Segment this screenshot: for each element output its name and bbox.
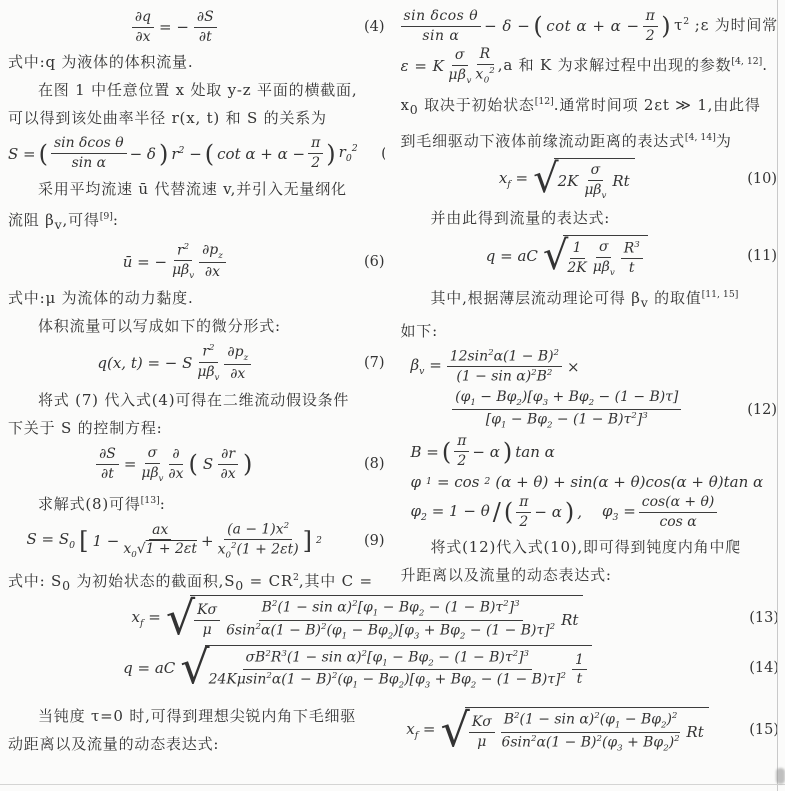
fraction-denominator: x02(1 + 2εt) bbox=[218, 540, 299, 561]
text-line: 采用平均流速 ū 代替流速 v,并引入无量纲化 bbox=[8, 175, 385, 203]
c-expression-line: sin δcos θsin α − δ − ( cot α + α − π2 )… bbox=[401, 8, 778, 44]
fraction-denominator: [φ1 − Bφ2 − (1 − B)τ2]3 bbox=[486, 410, 648, 431]
text-line: 流阻 βv,可得[9]: bbox=[8, 203, 385, 239]
equation-10: xf = √ 2K σμβv Rt (10) bbox=[401, 158, 778, 201]
equation-phi2-phi3-math: φ2 = 1 − θ / ( π2 − α ) , φ3 = cos(α + θ… bbox=[411, 494, 718, 530]
operator: = − bbox=[159, 18, 189, 36]
fraction-denominator: x02 bbox=[475, 65, 494, 86]
equation-B: B = ( π2 − α ) tan α bbox=[401, 433, 778, 469]
fraction-numerator: ∂q bbox=[132, 9, 154, 28]
fraction-denominator: 2 bbox=[311, 154, 320, 172]
text-line: x0 取决于初始状态[12].通常时间项 2εt ≫ 1,由此得 bbox=[401, 88, 778, 124]
equation-phi1: φ1 = cos2(α + θ) + sin(α + θ)cos(α + θ)t… bbox=[401, 473, 778, 491]
fraction-denominator: 2K bbox=[567, 259, 586, 277]
fraction: Rx02 bbox=[475, 46, 494, 86]
text-line: 当钝度 τ=0 时,可得到理想尖锐内角下毛细驱 bbox=[8, 702, 400, 730]
equation-12-line1: βv = 12sin2α(1 − B)2(1 − sin α)2B2 × bbox=[401, 348, 778, 386]
term: B = bbox=[411, 443, 439, 461]
equation-number: (11) bbox=[733, 248, 777, 264]
fraction-denominator: μβv bbox=[593, 258, 615, 278]
equation-number: (8) bbox=[341, 456, 385, 472]
fraction-numerator: σ bbox=[145, 445, 161, 464]
term: 1 − bbox=[92, 532, 119, 550]
radicand: 12K σμβv R3t bbox=[563, 235, 647, 278]
term: xf = bbox=[132, 608, 161, 629]
fraction: Kσμ bbox=[469, 714, 495, 750]
fraction: ∂pz∂x bbox=[224, 344, 251, 383]
equation-B-math: B = ( π2 − α ) tan α bbox=[411, 433, 555, 469]
equation-14-math: q = aC √ σB2R3(1 − sin α)2[φ1 − Bφ2 − (1… bbox=[123, 645, 592, 692]
fraction-numerator: r2 bbox=[199, 343, 217, 362]
fraction-denominator: 2 bbox=[646, 27, 655, 45]
term: xf = bbox=[406, 720, 435, 741]
equation-12-line2: (φ1 − Bφ2)[φ3 + Bφ2 − (1 − B)τ][φ1 − Bφ2… bbox=[401, 389, 778, 431]
fraction: 1t bbox=[572, 652, 587, 688]
fraction-numerator: ∂pz bbox=[199, 242, 226, 263]
term: q(x, t) = − S bbox=[97, 354, 192, 372]
fraction-numerator: B2(1 − sin α)2(φ1 − Bφ2)2 bbox=[501, 711, 681, 733]
fraction-numerator: σB2R3(1 − sin α)2[φ1 − Bφ2 − (1 − B)τ2]3 bbox=[243, 649, 532, 671]
equation-8-body: ∂S∂t = σμβv ∂∂x ( S ∂r∂x ) bbox=[8, 445, 341, 484]
term: tan α bbox=[515, 443, 555, 461]
text-line: 升距离以及流量的动态表达式: bbox=[401, 561, 778, 589]
equation-4-body: ∂q∂x = − ∂S∂t bbox=[8, 9, 341, 45]
right-paren: ) bbox=[159, 142, 168, 166]
equation-B-body: B = ( π2 − α ) tan α bbox=[401, 433, 778, 469]
equation-12-line1-body: βv = 12sin2α(1 − B)2(1 − sin α)2B2 × bbox=[401, 348, 778, 386]
fraction-numerator: π bbox=[643, 8, 659, 27]
text-line: 下关于 S 的控制方程: bbox=[8, 414, 385, 442]
equation-7-body: q(x, t) = − S r2μβv ∂pz∂x bbox=[8, 343, 341, 383]
equation-number: (6) bbox=[341, 254, 385, 270]
equation-6: ū = − r2μβv ∂pz∂x (6) bbox=[8, 242, 385, 282]
c-expression-math: sin δcos θsin α − δ − ( cot α + α − π2 ) bbox=[401, 8, 672, 44]
fraction-denominator: t bbox=[577, 670, 583, 688]
term: − δ bbox=[130, 145, 156, 163]
fraction-numerator: B2(1 − sin α)2[φ1 − Bφ2 − (1 − B)τ2]3 bbox=[259, 599, 523, 621]
equation-5-math: S = ( sin δcos θsin α − δ ) r2 − ( cot α… bbox=[8, 135, 358, 171]
times-operator: × bbox=[567, 358, 580, 376]
fraction-numerator: σ bbox=[596, 239, 612, 258]
exponent: 2 bbox=[316, 535, 322, 546]
term: Rt bbox=[686, 723, 703, 741]
text-line: 到毛细驱动下液体前缘流动距离的表达式[4, 14]为 bbox=[401, 124, 778, 155]
term: S = bbox=[8, 145, 36, 163]
fraction-numerator: R3 bbox=[621, 240, 643, 259]
scan-artifact bbox=[776, 768, 785, 784]
column-left: ∂q∂x = − ∂S∂t (4) 式中:q 为液体的体积流量. 在图 1 中任… bbox=[8, 6, 385, 590]
square-root: √ 12K σμβv R3t bbox=[543, 235, 648, 278]
fraction-numerator: σ bbox=[452, 47, 468, 66]
text-line: 动距离以及流量的动态表达式: bbox=[8, 730, 400, 758]
equation-number: (14) bbox=[715, 660, 785, 676]
fraction-denominator: 6sin2α(1 − B)2(φ1 − Bφ2)[φ3 + Bφ2 − (1 −… bbox=[226, 621, 555, 642]
fraction-numerator: π bbox=[516, 494, 531, 513]
fraction-numerator: ∂ bbox=[169, 446, 182, 465]
fraction: Kσμ bbox=[194, 602, 220, 638]
radicand: Kσμ B2(1 − sin α)2(φ1 − Bφ2)26sin2α(1 − … bbox=[465, 707, 709, 754]
term: S = S0 bbox=[27, 530, 76, 551]
fraction-denominator: t bbox=[629, 259, 635, 277]
equation-11-body: q = aC √ 12K σμβv R3t bbox=[401, 235, 734, 278]
left-paren: ( bbox=[533, 14, 543, 38]
equation-number: (9) bbox=[341, 533, 385, 549]
term: q = aC bbox=[486, 247, 538, 265]
epsilon-math: ε = K σμβv Rx02 bbox=[401, 46, 495, 86]
equation-number: (12) bbox=[733, 402, 777, 418]
text-line: 求解式(8)可得[13]: bbox=[8, 487, 385, 518]
fraction-numerator: 1 bbox=[572, 652, 587, 671]
fraction: ∂∂x bbox=[168, 446, 183, 482]
fraction: (a − 1)x2x02(1 + 2εt) bbox=[218, 521, 299, 561]
fraction: π2 bbox=[643, 8, 659, 44]
page-edge-line bbox=[777, 0, 778, 791]
equation-5-body: S = ( sin δcos θsin α − δ ) r2 − ( cot α… bbox=[8, 135, 358, 171]
equation-11: q = aC √ 12K σμβv R3t (11) bbox=[401, 235, 778, 278]
left-paren: ( bbox=[205, 142, 214, 166]
right-bracket: ] bbox=[303, 529, 312, 553]
fraction-denominator: ∂t bbox=[101, 465, 114, 483]
big-slash: / bbox=[493, 500, 501, 524]
fraction-denominator: μβv bbox=[584, 181, 606, 201]
equation-9-body: S = S0 [ 1 − axx0√1 + 2εt + (a − 1)x2x02… bbox=[8, 521, 341, 561]
radicand: Kσμ B2(1 − sin α)2[φ1 − Bφ2 − (1 − B)τ2]… bbox=[190, 595, 583, 642]
fraction: sin δcos θsin α bbox=[401, 8, 482, 44]
equation-13-body: xf = √ Kσμ B2(1 − sin α)2[φ1 − Bφ2 − (1 … bbox=[0, 595, 715, 642]
equation-number: (7) bbox=[341, 355, 385, 371]
equation-9: S = S0 [ 1 − axx0√1 + 2εt + (a − 1)x2x02… bbox=[8, 521, 385, 561]
term: , bbox=[577, 503, 582, 521]
equation-6-body: ū = − r2μβv ∂pz∂x bbox=[8, 242, 341, 282]
fraction: sin δcos θsin α bbox=[51, 135, 127, 171]
fraction: r2μβv bbox=[197, 343, 219, 383]
fraction-denominator: ∂x bbox=[205, 263, 220, 281]
fraction: R3t bbox=[621, 240, 643, 277]
fraction-denominator: 24Kμsin2α(1 − B)2(φ1 − Bφ2)[φ3 + Bφ2 − (… bbox=[209, 670, 566, 691]
fraction: r2μβv bbox=[172, 242, 194, 282]
term: cot α + α − bbox=[217, 145, 305, 163]
fraction-numerator: sin δcos θ bbox=[51, 135, 127, 154]
right-paren: ) bbox=[503, 440, 512, 464]
fraction-numerator: R bbox=[477, 46, 494, 65]
fraction-numerator: ∂r bbox=[218, 446, 238, 465]
term: − δ − bbox=[484, 17, 530, 35]
fraction-numerator: π bbox=[454, 433, 469, 452]
operator: = bbox=[124, 455, 137, 473]
square-root: √ Kσμ B2(1 − sin α)2(φ1 − Bφ2)26sin2α(1 … bbox=[441, 707, 709, 754]
square-root: √ σB2R3(1 − sin α)2[φ1 − Bφ2 − (1 − B)τ2… bbox=[180, 645, 592, 692]
term: q = aC bbox=[123, 659, 175, 677]
left-bracket: [ bbox=[79, 529, 88, 553]
fraction-numerator: (φ1 − Bφ2)[φ3 + Bφ2 − (1 − B)τ] bbox=[452, 389, 681, 410]
equation-4: ∂q∂x = − ∂S∂t (4) bbox=[8, 9, 385, 45]
text-line: 可以得到该处曲率半径 r(x, t) 和 S 的关系为 bbox=[8, 104, 385, 132]
fraction-denominator: μ bbox=[203, 621, 212, 639]
equation-phi2-phi3-body: φ2 = 1 − θ / ( π2 − α ) , φ3 = cos(α + θ… bbox=[401, 494, 778, 530]
equation-12-line1-math: βv = 12sin2α(1 − B)2(1 − sin α)2B2 × bbox=[411, 348, 580, 386]
fraction: ∂r∂x bbox=[218, 446, 238, 482]
epsilon-line: ε = K σμβv Rx02 ,a 和 K 为求解过程中出现的参数[4, 12… bbox=[401, 46, 778, 86]
fraction-numerator: π bbox=[308, 135, 323, 154]
fraction-denominator: cos α bbox=[659, 513, 696, 531]
fraction: σμβv bbox=[448, 47, 471, 86]
fraction-denominator: μβv bbox=[448, 66, 471, 86]
term: S bbox=[203, 455, 213, 473]
fraction-denominator: ∂x bbox=[230, 365, 245, 383]
text-line: 将式 (7) 代入式(4)可得在二维流动假设条件 bbox=[8, 386, 385, 414]
fraction: 12K bbox=[567, 240, 586, 276]
fraction-denominator: (1 − sin α)2B2 bbox=[456, 367, 552, 385]
equation-number: (10) bbox=[733, 171, 777, 187]
term: Rt bbox=[561, 611, 578, 629]
fraction-denominator: 2 bbox=[457, 452, 466, 470]
equation-10-body: xf = √ 2K σμβv Rt bbox=[401, 158, 734, 201]
right-paren: ) bbox=[661, 14, 671, 38]
fraction: σμβv bbox=[584, 162, 606, 201]
right-paren: ) bbox=[326, 142, 335, 166]
equation-14: q = aC √ σB2R3(1 − sin α)2[φ1 − Bφ2 − (1… bbox=[0, 645, 785, 692]
page-bottom-line bbox=[0, 784, 785, 785]
equation-phi1-math: φ1 = cos2(α + θ) + sin(α + θ)cos(α + θ)t… bbox=[411, 473, 764, 491]
bottom-right-equation: xf = √ Kσμ B2(1 − sin α)2(φ1 − Bφ2)26sin… bbox=[400, 707, 785, 754]
equation-number: (5) bbox=[358, 146, 385, 162]
equation-number: (13) bbox=[715, 610, 785, 626]
equation-5: S = ( sin δcos θsin α − δ ) r2 − ( cot α… bbox=[8, 135, 385, 171]
radicand: 2K σμβv Rt bbox=[554, 158, 635, 201]
left-paren: ( bbox=[442, 440, 451, 464]
fraction: σμβv bbox=[141, 445, 163, 484]
fraction: B2(1 − sin α)2(φ1 − Bφ2)26sin2α(1 − B)2(… bbox=[501, 711, 681, 754]
term: 2K bbox=[558, 172, 579, 190]
fraction-numerator: ax bbox=[149, 522, 171, 541]
equation-7: q(x, t) = − S r2μβv ∂pz∂x (7) bbox=[8, 343, 385, 383]
right-paren: ) bbox=[243, 452, 252, 476]
sqrt-overline: 1 + 2εt bbox=[146, 541, 197, 557]
term: βv = bbox=[411, 356, 442, 377]
equation-9-math: S = S0 [ 1 − axx0√1 + 2εt + (a − 1)x2x02… bbox=[27, 521, 322, 561]
fraction-numerator: 12sin2α(1 − B)2 bbox=[447, 348, 562, 367]
text-line: 如下: bbox=[401, 317, 778, 345]
fraction: B2(1 − sin α)2[φ1 − Bφ2 − (1 − B)τ2]36si… bbox=[226, 599, 555, 642]
equation-10-math: xf = √ 2K σμβv Rt bbox=[499, 158, 635, 201]
equation-13-math: xf = √ Kσμ B2(1 − sin α)2[φ1 − Bφ2 − (1 … bbox=[132, 595, 584, 642]
term: r2 − bbox=[171, 145, 201, 163]
term: − α bbox=[472, 443, 499, 461]
term: cot α + α − bbox=[546, 17, 639, 35]
fraction: ∂q∂x bbox=[132, 9, 154, 45]
fraction-denominator: ∂t bbox=[199, 28, 212, 46]
fraction: ∂S∂t bbox=[96, 446, 119, 482]
fraction-numerator: cos(α + θ) bbox=[639, 494, 718, 513]
text-line: 式中:q 为液体的体积流量. bbox=[8, 48, 385, 76]
operator: + bbox=[201, 532, 214, 550]
equation-8-math: ∂S∂t = σμβv ∂∂x ( S ∂r∂x ) bbox=[96, 445, 252, 484]
fraction-denominator: ∂x bbox=[168, 465, 183, 483]
text-line: 式中: S0 为初始状态的截面积,S0 = CR2,其中 C = bbox=[8, 564, 385, 590]
left-paren: ( bbox=[189, 452, 198, 476]
fraction: axx0√1 + 2εt bbox=[123, 522, 197, 561]
equation-number: (15) bbox=[715, 722, 785, 738]
text-segment: ,a 和 K 为求解过程中出现的参数[4, 12]. bbox=[498, 56, 768, 76]
fraction-denominator: x0√1 + 2εt bbox=[123, 540, 197, 560]
term: x0√ bbox=[123, 541, 145, 557]
equation-4-math: ∂q∂x = − ∂S∂t bbox=[132, 9, 217, 45]
text-line: 在图 1 中任意位置 x 处取 y-z 平面的横截面, bbox=[8, 76, 385, 104]
square-root: √ 2K σμβv Rt bbox=[533, 158, 635, 201]
term: − α bbox=[534, 503, 561, 521]
fraction: π2 bbox=[516, 494, 531, 530]
fraction: cos(α + θ)cos α bbox=[639, 494, 718, 530]
fraction: π2 bbox=[308, 135, 323, 171]
fraction-numerator: Kσ bbox=[194, 602, 220, 621]
term: φ2 = 1 − θ bbox=[411, 502, 490, 523]
equation-7-math: q(x, t) = − S r2μβv ∂pz∂x bbox=[97, 343, 251, 383]
term: xf = bbox=[499, 169, 528, 190]
fraction-denominator: 2 bbox=[519, 513, 528, 531]
fraction: ∂pz∂x bbox=[199, 242, 226, 281]
equation-phi1-body: φ1 = cos2(α + θ) + sin(α + θ)cos(α + θ)t… bbox=[401, 473, 778, 491]
fraction-denominator: μβv bbox=[197, 363, 219, 383]
fraction: 12sin2α(1 − B)2(1 − sin α)2B2 bbox=[447, 348, 562, 386]
equation-15-body: xf = √ Kσμ B2(1 − sin α)2(φ1 − Bφ2)26sin… bbox=[400, 707, 715, 754]
fraction: (φ1 − Bφ2)[φ3 + Bφ2 − (1 − B)τ][φ1 − Bφ2… bbox=[452, 389, 681, 431]
bottom-row: 当钝度 τ=0 时,可得到理想尖锐内角下毛细驱 动距离以及流量的动态表达式: x… bbox=[0, 702, 785, 758]
fraction-numerator: (a − 1)x2 bbox=[224, 521, 292, 540]
radicand: σB2R3(1 − sin α)2[φ1 − Bφ2 − (1 − B)τ2]3… bbox=[205, 645, 592, 692]
fraction-denominator: μ bbox=[477, 733, 486, 751]
fraction-numerator: sin δcos θ bbox=[401, 8, 482, 27]
square-root: √ Kσμ B2(1 − sin α)2[φ1 − Bφ2 − (1 − B)τ… bbox=[166, 595, 584, 642]
left-paren: ( bbox=[504, 500, 513, 524]
right-paren: ) bbox=[565, 500, 574, 524]
fraction-numerator: ∂pz bbox=[224, 344, 251, 365]
fraction-numerator: Kσ bbox=[469, 714, 495, 733]
term: r02 bbox=[339, 143, 358, 164]
fraction-numerator: r2 bbox=[174, 242, 192, 261]
equation-6-math: ū = − r2μβv ∂pz∂x bbox=[123, 242, 226, 282]
fraction: σμβv bbox=[593, 239, 615, 278]
equation-13: xf = √ Kσμ B2(1 − sin α)2[φ1 − Bφ2 − (1 … bbox=[0, 595, 785, 642]
text-line: 体积流量可以写成如下的微分形式: bbox=[8, 312, 385, 340]
full-width-equations: xf = √ Kσμ B2(1 − sin α)2[φ1 − Bφ2 − (1 … bbox=[0, 590, 785, 696]
fraction: ∂S∂t bbox=[194, 9, 217, 45]
paper-page: ∂q∂x = − ∂S∂t (4) 式中:q 为液体的体积流量. 在图 1 中任… bbox=[0, 0, 785, 791]
text-line: 其中,根据薄层流动理论可得 βv 的取值[11, 15] bbox=[401, 281, 778, 317]
fraction-numerator: ∂S bbox=[96, 446, 119, 465]
equation-12-line2-body: (φ1 − Bφ2)[φ3 + Bφ2 − (1 − B)τ][φ1 − Bφ2… bbox=[401, 389, 734, 431]
equation-number: (4) bbox=[341, 19, 385, 35]
fraction-denominator: μβv bbox=[172, 261, 194, 281]
equation-8: ∂S∂t = σμβv ∂∂x ( S ∂r∂x ) (8) bbox=[8, 445, 385, 484]
fraction-denominator: sin α bbox=[422, 27, 459, 45]
equation-phi2-phi3: φ2 = 1 − θ / ( π2 − α ) , φ3 = cos(α + θ… bbox=[401, 494, 778, 530]
text-segment: τ2 ;ε 为时间常数, bbox=[674, 16, 777, 36]
column-right: sin δcos θsin α − δ − ( cot α + α − π2 )… bbox=[401, 6, 778, 590]
fraction-denominator: ∂x bbox=[221, 465, 236, 483]
term: ū = − bbox=[123, 253, 167, 271]
term: Rt bbox=[612, 172, 629, 190]
two-column-area: ∂q∂x = − ∂S∂t (4) 式中:q 为液体的体积流量. 在图 1 中任… bbox=[0, 0, 785, 590]
equation-12-line2-math: (φ1 − Bφ2)[φ3 + Bφ2 − (1 − B)τ][φ1 − Bφ2… bbox=[452, 389, 681, 431]
fraction: σB2R3(1 − sin α)2[φ1 − Bφ2 − (1 − B)τ2]3… bbox=[209, 649, 566, 692]
term: ε = K bbox=[401, 57, 445, 75]
left-paren: ( bbox=[39, 142, 48, 166]
fraction-denominator: ∂x bbox=[135, 28, 150, 46]
term: φ3 = bbox=[602, 502, 636, 523]
equation-11-math: q = aC √ 12K σμβv R3t bbox=[486, 235, 648, 278]
fraction: π2 bbox=[454, 433, 469, 469]
equation-15-math: xf = √ Kσμ B2(1 − sin α)2(φ1 − Bφ2)26sin… bbox=[406, 707, 709, 754]
fraction-numerator: ∂S bbox=[194, 9, 217, 28]
fraction-numerator: 1 bbox=[570, 240, 585, 259]
bottom-left-paragraph: 当钝度 τ=0 时,可得到理想尖锐内角下毛细驱 动距离以及流量的动态表达式: bbox=[0, 702, 400, 758]
fraction-denominator: 6sin2α(1 − B)2(φ3 + Bφ2)2 bbox=[502, 733, 680, 754]
text-line: 并由此得到流量的表达式: bbox=[401, 204, 778, 232]
fraction-numerator: σ bbox=[588, 162, 604, 181]
text-line: 式中:μ 为流体的动力黏度. bbox=[8, 284, 385, 312]
text-line: 将式(12)代入式(10),即可得到钝度内角中爬 bbox=[401, 533, 778, 561]
fraction-denominator: μβv bbox=[141, 464, 163, 484]
equation-14-body: q = aC √ σB2R3(1 − sin α)2[φ1 − Bφ2 − (1… bbox=[0, 645, 715, 692]
fraction-denominator: sin α bbox=[72, 154, 106, 172]
